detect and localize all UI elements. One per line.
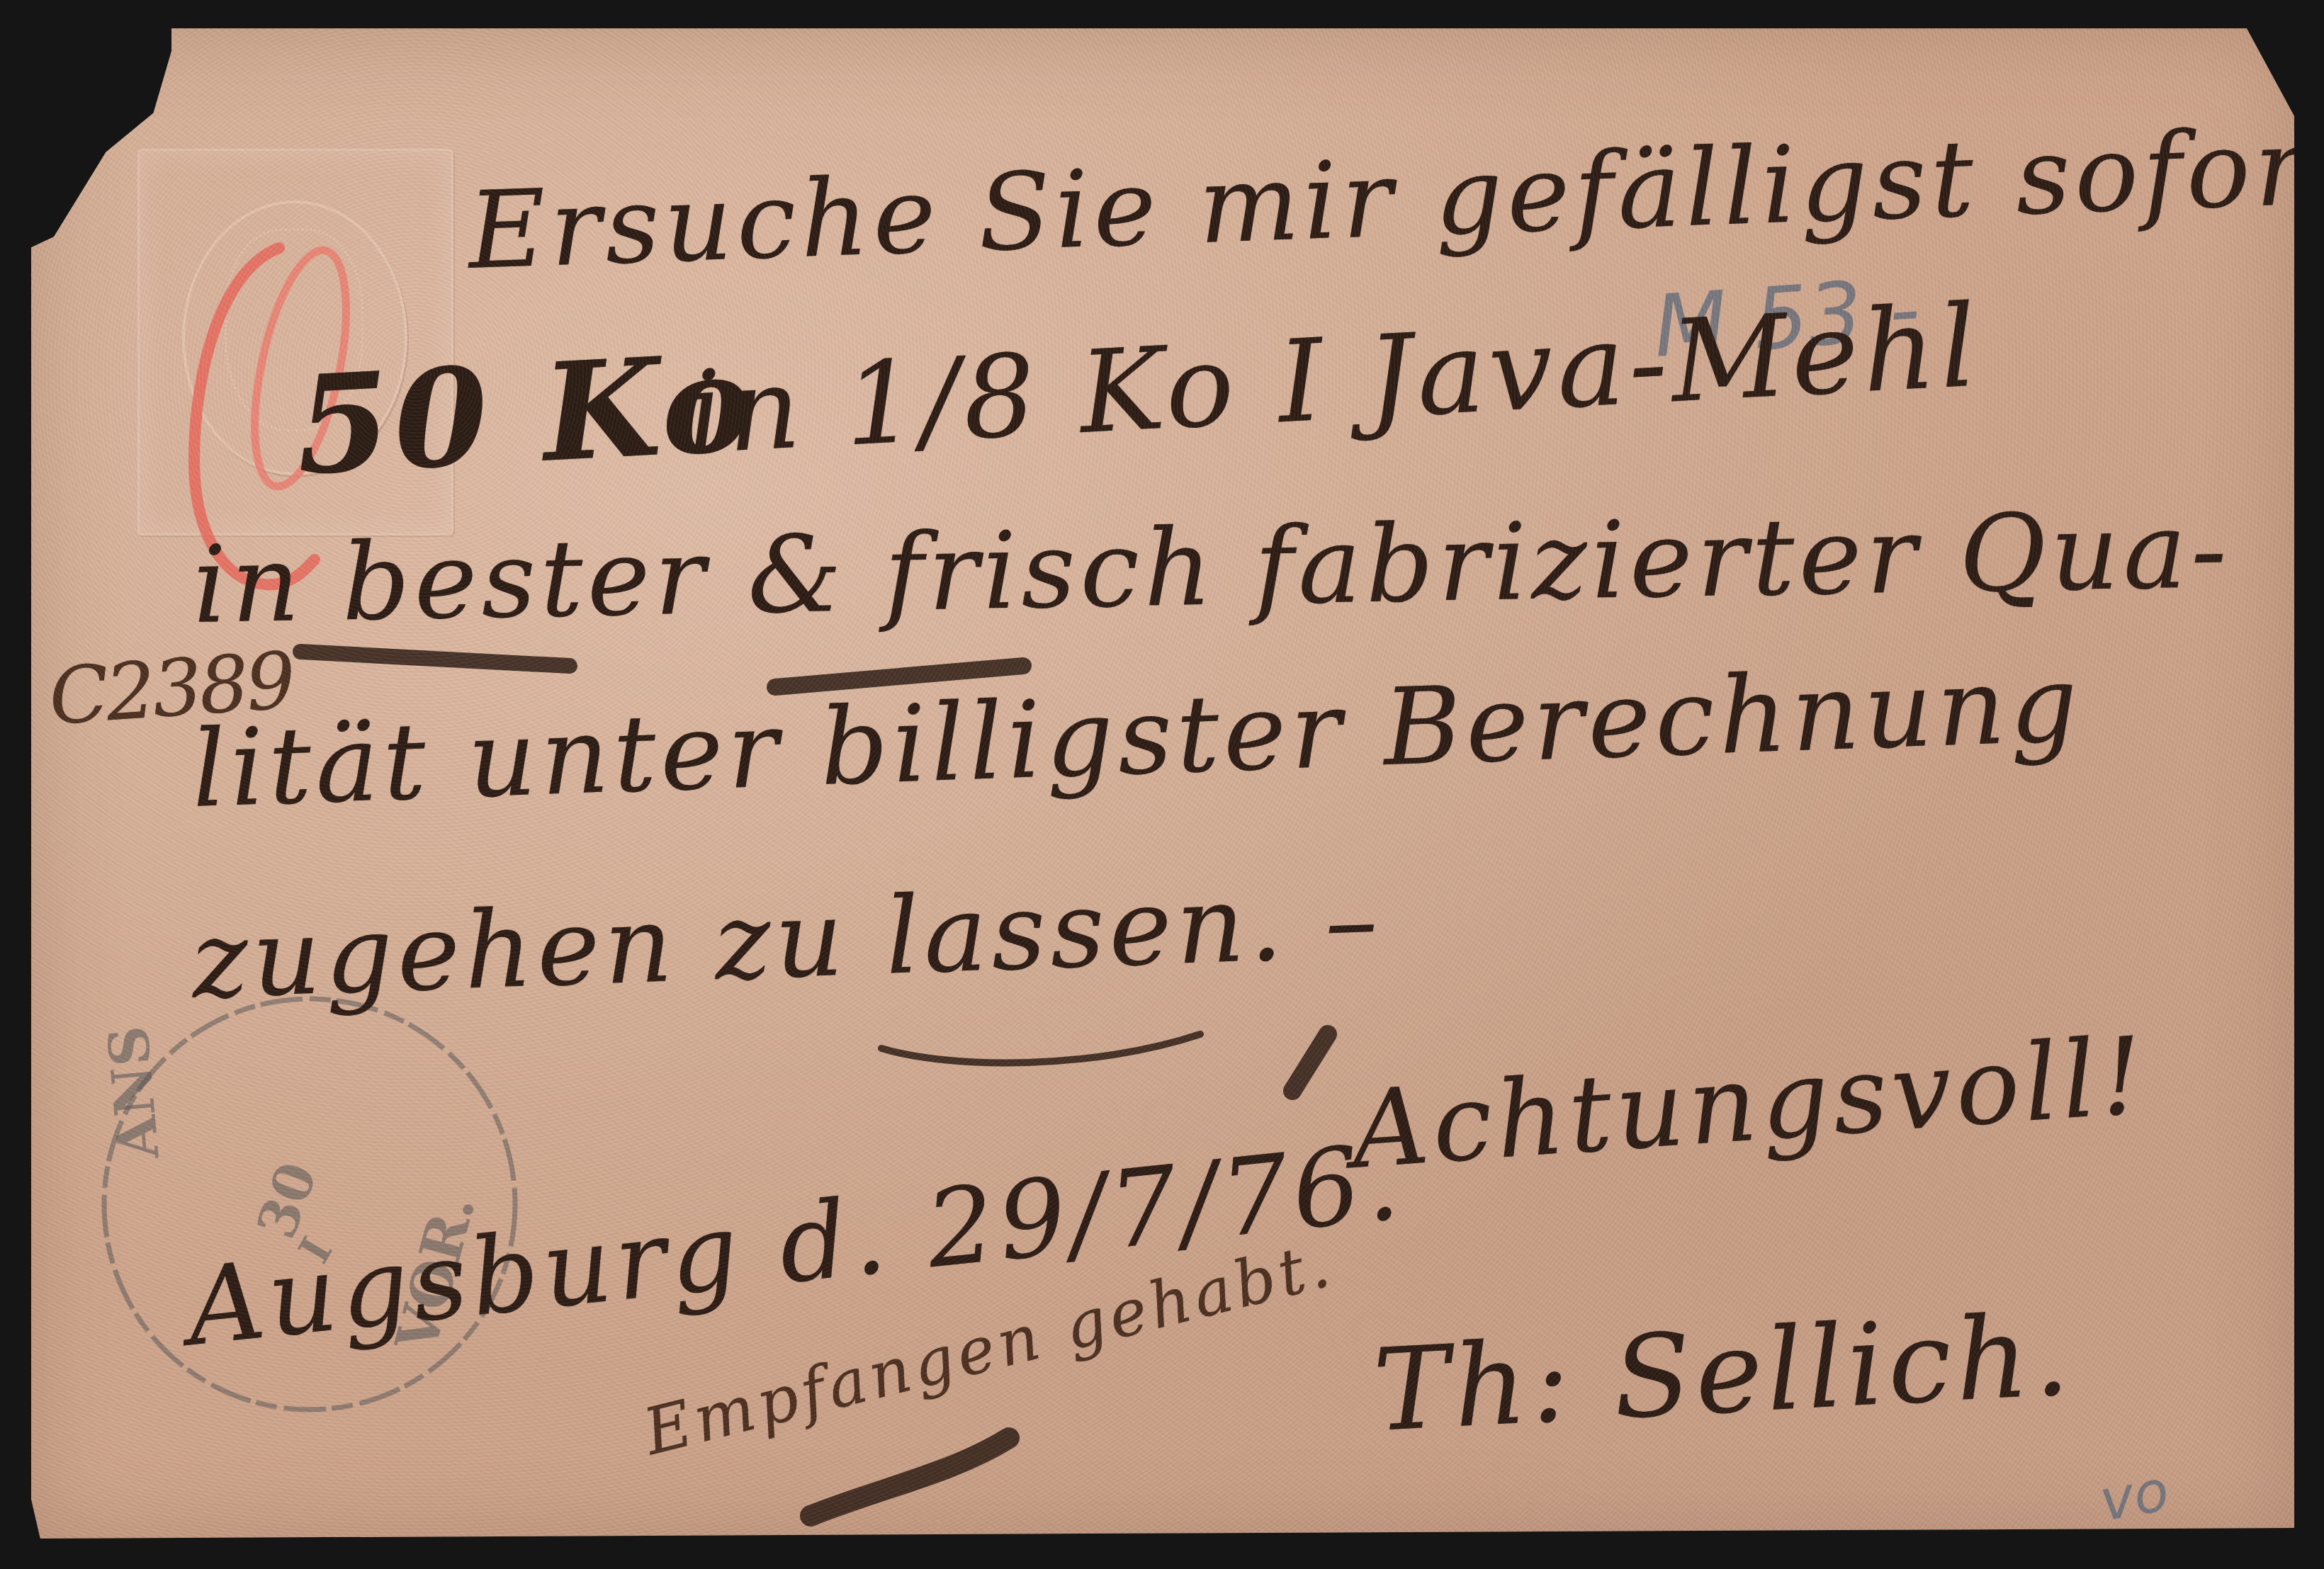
postmark: ANS 30 I VOR. xyxy=(86,985,533,1424)
letter-line-3: in bester & frisch fabrizierter Qua- xyxy=(192,489,2232,647)
letter-closing: Achtungsvoll! xyxy=(1348,1014,2151,1193)
signature: Th: Sellich. xyxy=(1370,1288,2076,1457)
letter-line-2: in 1/8 Ko I Java-Mehl xyxy=(683,280,1983,480)
postcard-paper: ANS 30 I VOR. M 53 - C2389 vo Ersuche Si… xyxy=(31,28,2294,1539)
letter-line-4: lität unter billigster Berechnung xyxy=(190,642,2084,832)
postmark-town: ANS xyxy=(96,1024,172,1162)
pencil-mark-bottom: vo xyxy=(2095,1457,2174,1534)
letter-line-1: Ersuche Sie mir gefälligst sofort: xyxy=(466,103,2324,293)
letter-line-5: zugehen zu lassen. – xyxy=(190,858,1384,1023)
